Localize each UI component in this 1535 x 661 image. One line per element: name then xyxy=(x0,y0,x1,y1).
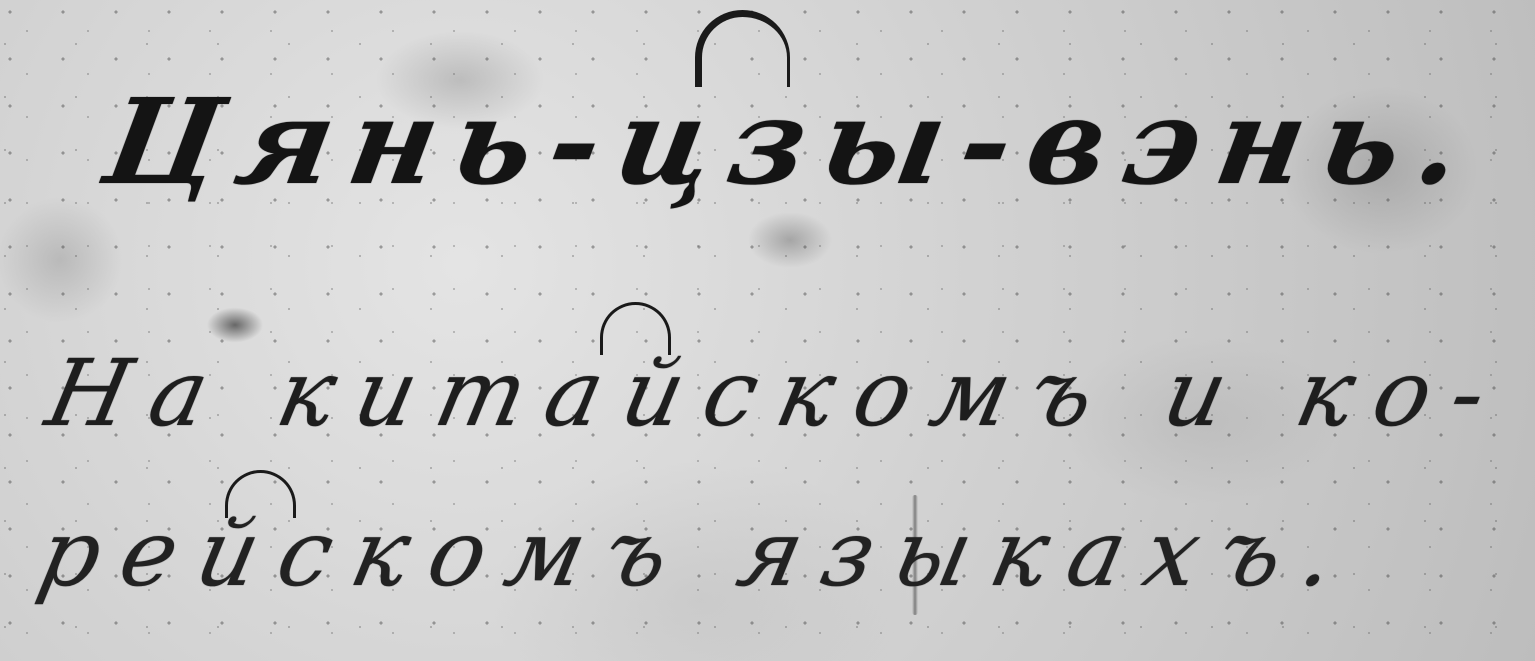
document-title: Цянь-цзы-вэнь. xyxy=(95,72,1490,211)
document-text-line-1: На китайскомъ и ко- xyxy=(38,340,1517,447)
document-scan: Цянь-цзы-вэнь. На китайскомъ и ко- рейск… xyxy=(0,0,1535,661)
document-text-line-2: рейскомъ языкахъ. xyxy=(30,500,1366,607)
